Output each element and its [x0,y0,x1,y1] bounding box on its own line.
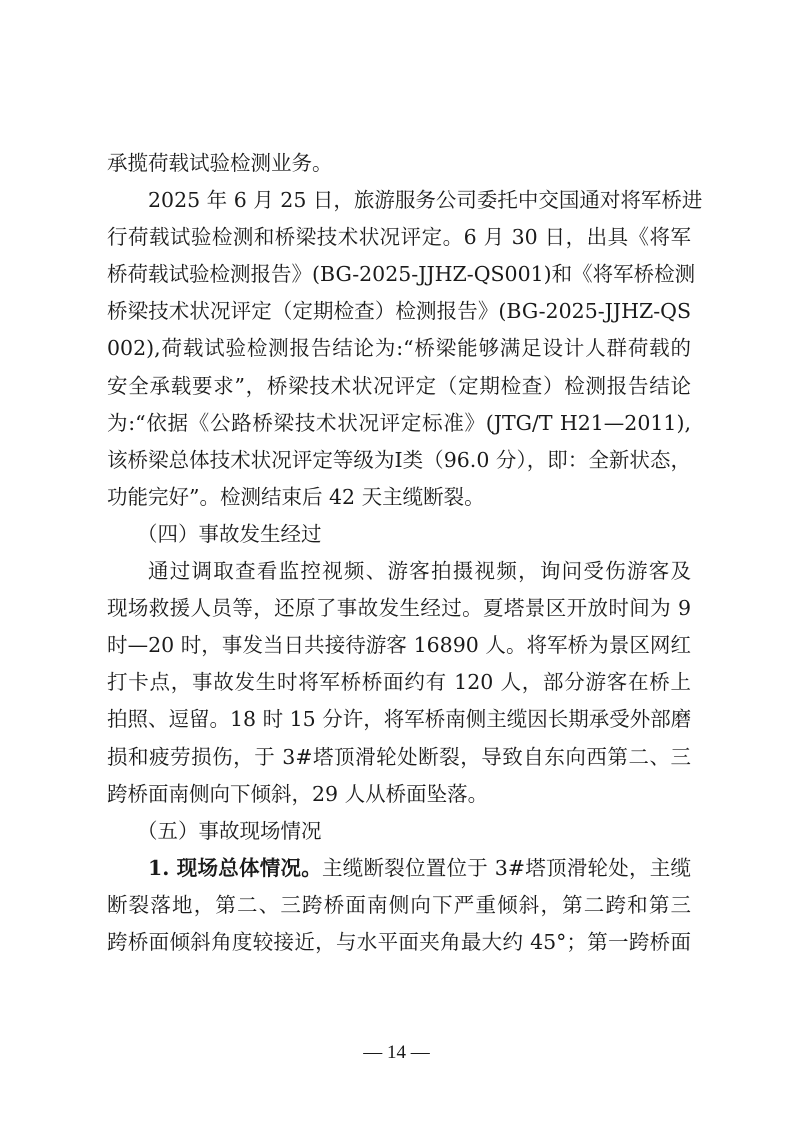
paragraph-line: 断裂落地，第二、三跨桥面南侧向下严重倾斜，第二跨和第三 [107,887,691,924]
paragraph-line: 002),荷载试验检测报告结论为:“桥梁能够满足设计人群荷载的 [107,330,691,367]
paragraph-line: 跨桥面南侧向下倾斜，29 人从桥面坠落。 [107,776,691,813]
paragraph-line: 承揽荷载试验检测业务。 [107,145,691,182]
paragraph-line: 2025 年 6 月 25 日，旅游服务公司委托中交国通对将军桥进 [107,182,691,219]
item-text: 主缆断裂位置位于 3#塔顶滑轮处，主缆 [322,856,691,880]
paragraph-line: 桥荷载试验检测报告》(BG-2025-JJHZ-QS001)和《将军桥检测 [107,256,691,293]
paragraph-line: 该桥梁总体技术状况评定等级为I类（96.0 分），即：全新状态， [107,442,691,479]
paragraph-line: 安全承载要求”，桥梁技术状况评定（定期检查）检测报告结论 [107,368,691,405]
item-title: 1. 现场总体情况。 [148,856,322,880]
paragraph-line: 行荷载试验检测和桥梁技术状况评定。6 月 30 日，出具《将军 [107,219,691,256]
paragraph-line: 打卡点，事故发生时将军桥桥面约有 120 人，部分游客在桥上 [107,664,691,701]
section-heading-5: （五）事故现场情况 [107,813,691,850]
paragraph-line: 功能完好”。检测结束后 42 天主缆断裂。 [107,479,691,516]
paragraph-line: 跨桥面倾斜角度较接近，与水平面夹角最大约 45°；第一跨桥面 [107,924,691,961]
paragraph-line: 损和疲劳损伤，于 3#塔顶滑轮处断裂，导致自东向西第二、三 [107,739,691,776]
paragraph-line: 桥梁技术状况评定（定期检查）检测报告》(BG-2025-JJHZ-QS [107,293,691,330]
page-number: — 14 — [0,1042,793,1064]
paragraph-line: 1. 现场总体情况。主缆断裂位置位于 3#塔顶滑轮处，主缆 [107,850,691,887]
paragraph-line: 时—20 时，事发当日共接待游客 16890 人。将军桥为景区网红 [107,627,691,664]
document-body: 承揽荷载试验检测业务。 2025 年 6 月 25 日，旅游服务公司委托中交国通… [107,145,691,961]
paragraph-line: 通过调取查看监控视频、游客拍摄视频，询问受伤游客及 [107,553,691,590]
paragraph-line: 现场救援人员等，还原了事故发生经过。夏塔景区开放时间为 9 [107,590,691,627]
paragraph-line: 拍照、逗留。18 时 15 分许，将军桥南侧主缆因长期承受外部磨 [107,701,691,738]
paragraph-line: 为:“依据《公路桥梁技术状况评定标准》(JTG/T H21—2011), [107,405,691,442]
section-heading-4: （四）事故发生经过 [107,516,691,553]
